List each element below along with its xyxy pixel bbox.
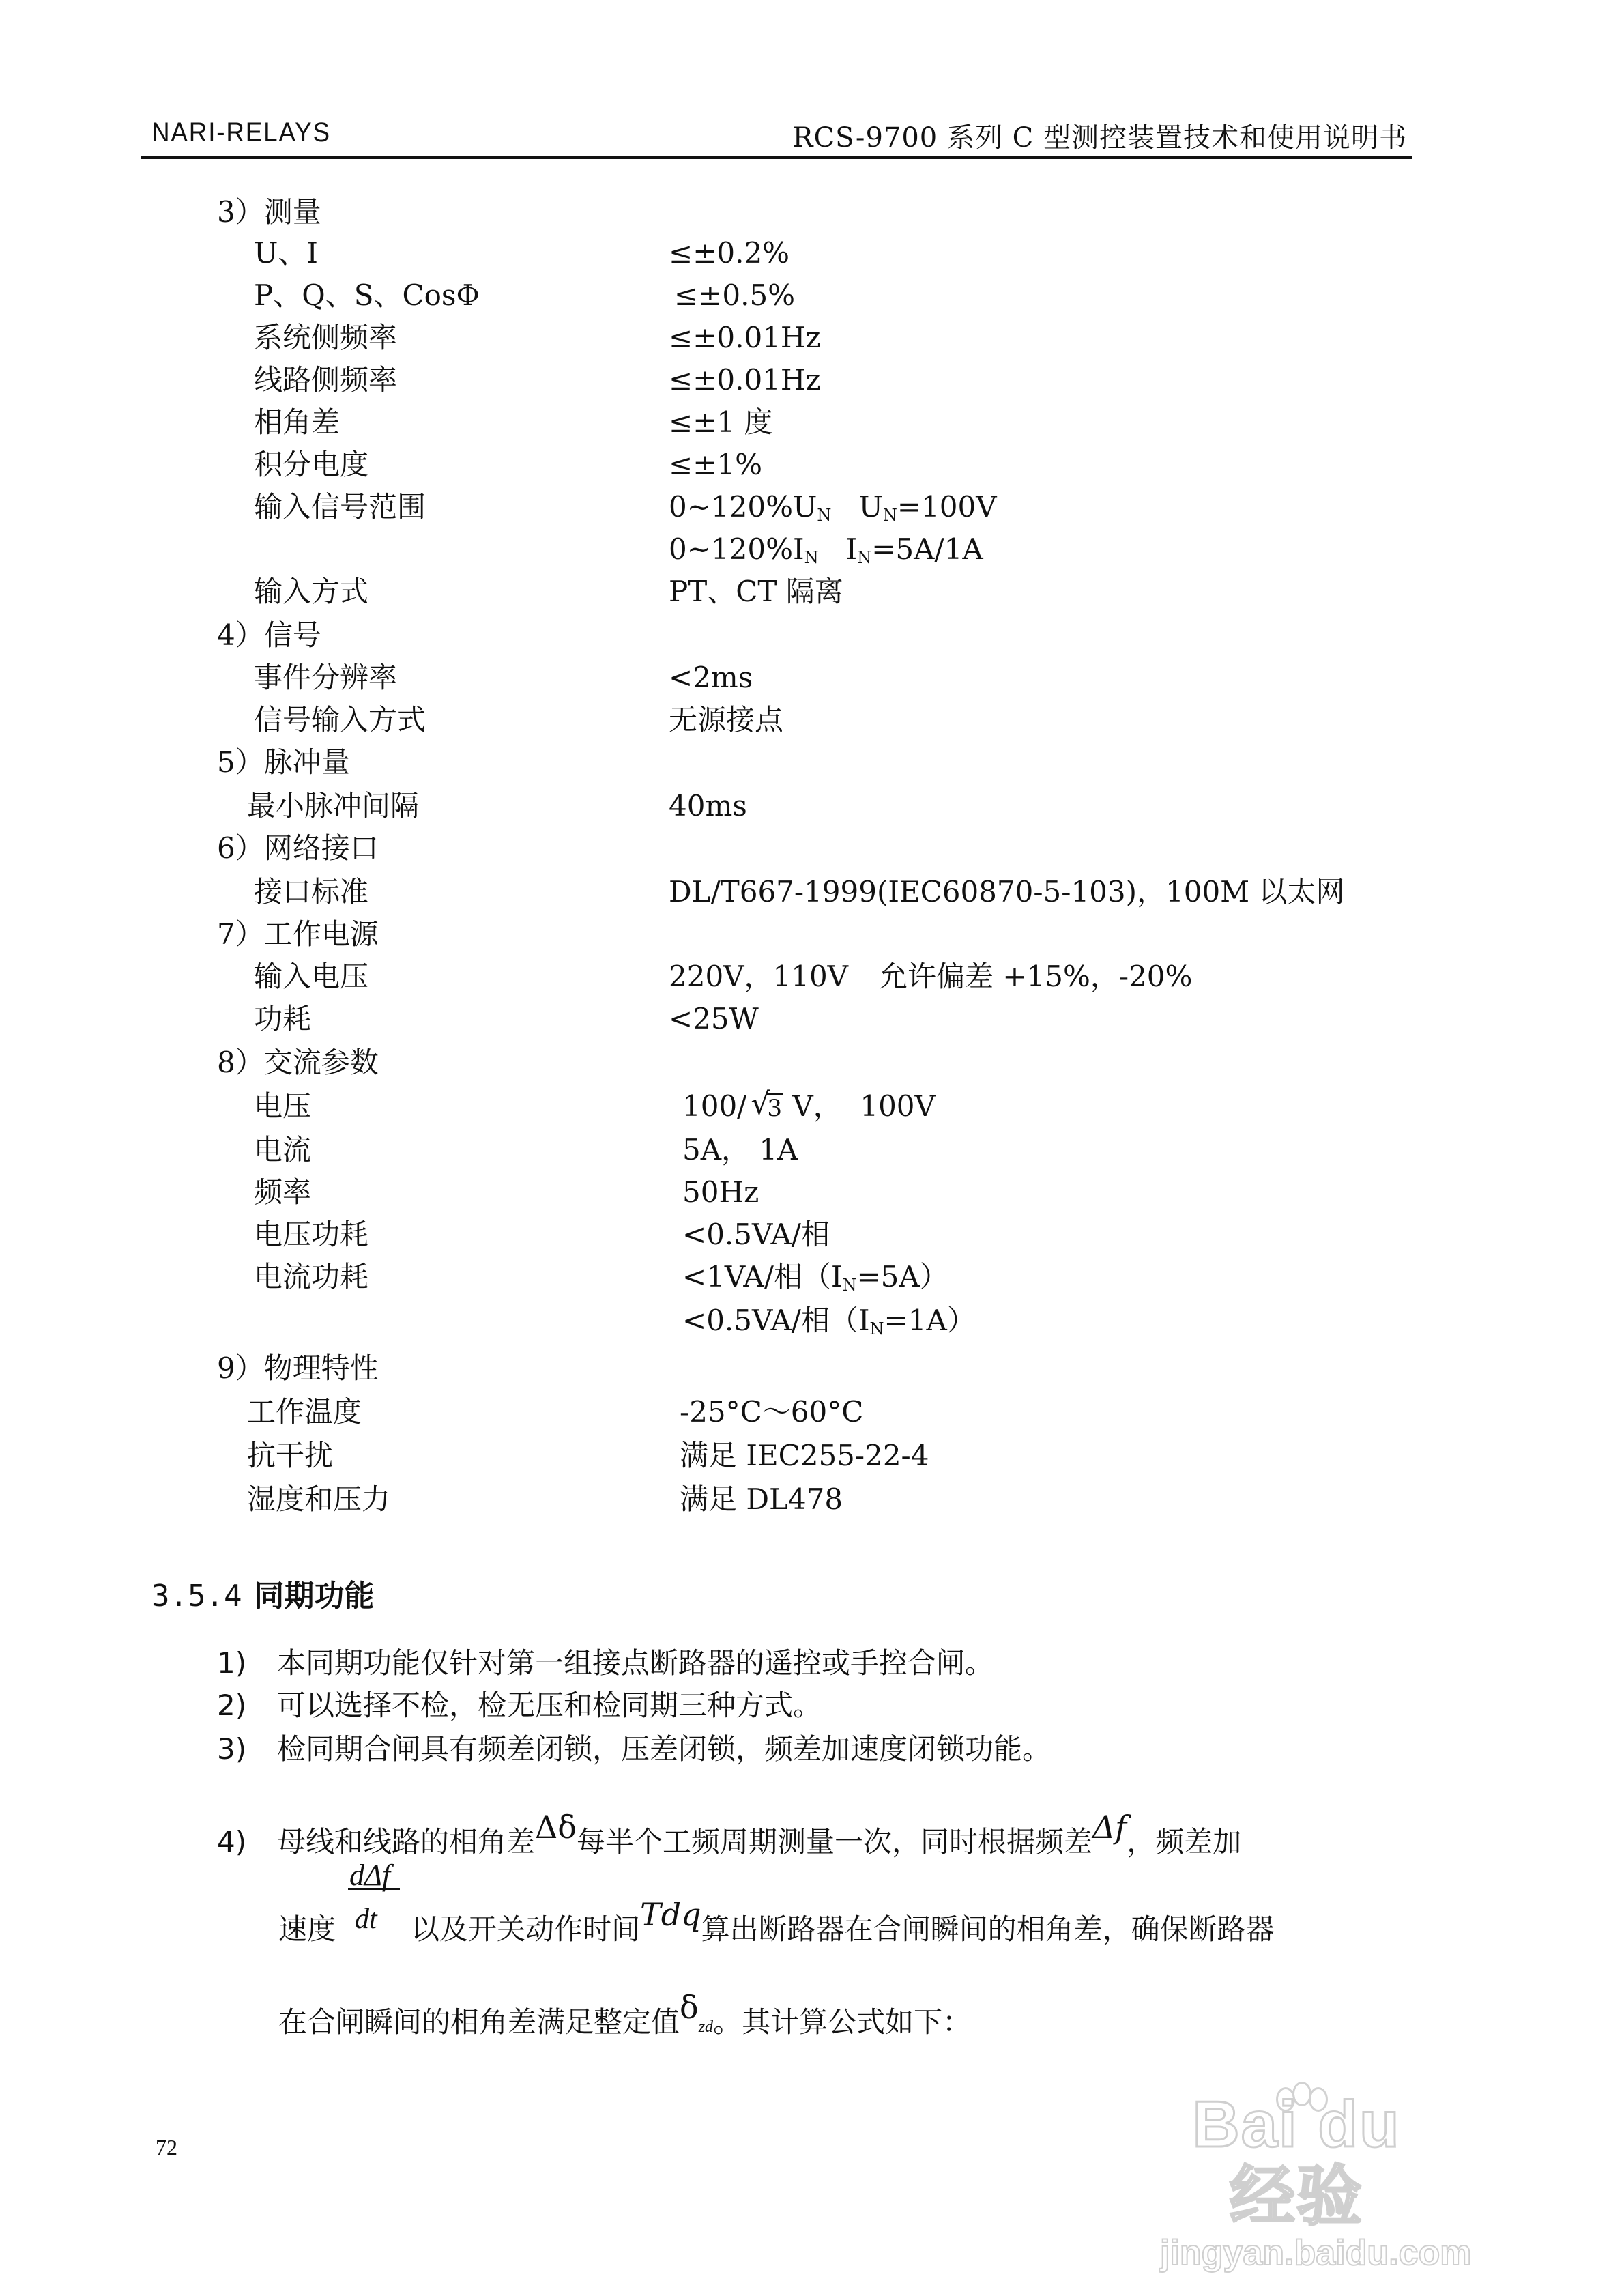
spec-value: ≤±1 度 xyxy=(669,408,772,437)
spec-value: 100/3 V， 100V xyxy=(682,1092,936,1121)
delta-symbol: δ xyxy=(680,1989,699,2026)
baidu-watermark: Bai du 经验 jingyan.baidu.com xyxy=(1160,2089,1433,2232)
watermark-logo: Bai du 经验 xyxy=(1160,2089,1433,2233)
spec-label: 输入信号范围 xyxy=(254,493,426,521)
spec-label: 相角差 xyxy=(254,408,340,437)
page-number: 72 xyxy=(156,2135,177,2160)
spec-label: 电压功耗 xyxy=(254,1220,368,1249)
spec-label: 湿度和压力 xyxy=(247,1485,390,1514)
spec-label: 抗干扰 xyxy=(247,1441,333,1470)
spec-label: P、Q、S、CosΦ xyxy=(254,281,480,310)
spec-label: 线路侧频率 xyxy=(254,366,397,394)
spec-value: 0~120%IN IN=5A/1A xyxy=(669,535,983,566)
fraction-bar xyxy=(348,1888,400,1890)
section-heading: 3.5.4同期功能 xyxy=(151,1571,374,1615)
header-divider xyxy=(141,156,1412,159)
spec-value: ≤±0.01Hz xyxy=(669,366,821,394)
spec-label: 信号输入方式 xyxy=(254,706,426,734)
spec-value: 0~120%UN UN=100V xyxy=(669,493,997,523)
group-title-network: 6）网络接口 xyxy=(217,834,379,863)
spec-label: 工作温度 xyxy=(247,1398,362,1426)
group-title-physical: 9）物理特性 xyxy=(217,1354,379,1383)
spec-value: 50Hz xyxy=(682,1178,759,1207)
spec-label: 电流功耗 xyxy=(254,1263,368,1291)
group-title-power: 7）工作电源 xyxy=(217,920,379,949)
spec-label: 输入方式 xyxy=(254,577,368,606)
header-document-title: RCS-9700 系列 C 型测控装置技术和使用说明书 xyxy=(792,116,1407,155)
spec-label: 接口标准 xyxy=(254,878,368,906)
list-item: 3)检同期合闸具有频差闭锁，压差闭锁，频差加速度闭锁功能。 xyxy=(217,1727,1051,1768)
watermark-url: jingyan.baidu.com xyxy=(1160,2233,1433,2273)
paw-icon xyxy=(1276,2082,1324,2109)
spec-value: 满足 DL478 xyxy=(680,1485,843,1514)
spec-label: 事件分辨率 xyxy=(254,663,397,692)
spec-value: ≤±0.5% xyxy=(674,281,795,310)
group-title-pulse: 5）脉冲量 xyxy=(217,748,350,777)
spec-value: <25W xyxy=(669,1005,759,1033)
delta-f-symbol: Δf xyxy=(1092,1809,1127,1846)
spec-note: 允许偏差 +15%，-20% xyxy=(879,962,1192,991)
group-title-ac: 8）交流参数 xyxy=(217,1048,379,1077)
list-item-4-line-3: 在合闸瞬间的相角差满足整定值δzd。其计算公式如下： xyxy=(278,2000,971,2041)
spec-value: 220V，110V xyxy=(669,962,848,991)
spec-value: DL/T667-1999(IEC60870-5-103)，100M 以太网 xyxy=(669,878,1345,906)
spec-value: <1VA/相（IN=5A） xyxy=(682,1263,948,1293)
spec-label: 系统侧频率 xyxy=(254,324,397,352)
zd-subscript: zd xyxy=(699,2018,713,2036)
spec-value: <0.5VA/相 xyxy=(682,1220,830,1249)
spec-label: 电流 xyxy=(254,1136,311,1164)
spec-value: ≤±0.2% xyxy=(669,239,789,268)
spec-label: U、I xyxy=(254,239,318,268)
spec-value: 40ms xyxy=(669,792,747,820)
spec-value: ≤±1% xyxy=(669,450,762,479)
header-brand: NARI-RELAYS xyxy=(151,117,331,148)
list-item: 1)本同期功能仅针对第一组接点断路器的遥控或手控合闸。 xyxy=(217,1641,994,1682)
spec-value: <0.5VA/相（IN=1A） xyxy=(682,1306,976,1337)
spec-value: -25°C～60°C xyxy=(680,1398,863,1426)
list-item-4-line-1: 4)母线和线路的相角差Δδ每半个工频周期测量一次，同时根据频差Δf，频差加 xyxy=(217,1820,1241,1861)
sqrt-symbol: 3 xyxy=(751,1092,783,1121)
section-title: 同期功能 xyxy=(254,1579,374,1613)
spec-label: 频率 xyxy=(254,1178,311,1207)
delta-delta-symbol: Δδ xyxy=(535,1809,577,1846)
spec-label: 电压 xyxy=(254,1092,311,1121)
spec-value: PT、CT 隔离 xyxy=(669,577,843,606)
spec-label: 功耗 xyxy=(254,1005,311,1033)
list-item: 2)可以选择不检，检无压和检同期三种方式。 xyxy=(217,1683,822,1724)
spec-value: ≤±0.01Hz xyxy=(669,324,821,352)
spec-label: 积分电度 xyxy=(254,450,368,479)
spec-label: 最小脉冲间隔 xyxy=(247,792,419,820)
spec-value: <2ms xyxy=(669,663,753,692)
tdq-symbol: Tdq xyxy=(640,1896,701,1933)
spec-value: 满足 IEC255-22-4 xyxy=(680,1441,929,1470)
group-title-signal: 4）信号 xyxy=(217,621,321,650)
group-title-measurement: 3）测量 xyxy=(217,198,321,227)
spec-value: 5A， 1A xyxy=(682,1136,798,1164)
spec-value: 无源接点 xyxy=(669,706,783,734)
spec-label: 输入电压 xyxy=(254,962,368,991)
section-number: 3.5.4 xyxy=(151,1579,242,1613)
list-item-4-line-2: 速度以及开关动作时间Tdq算出断路器在合闸瞬间的相角差，确保断路器 xyxy=(278,1907,1275,1948)
